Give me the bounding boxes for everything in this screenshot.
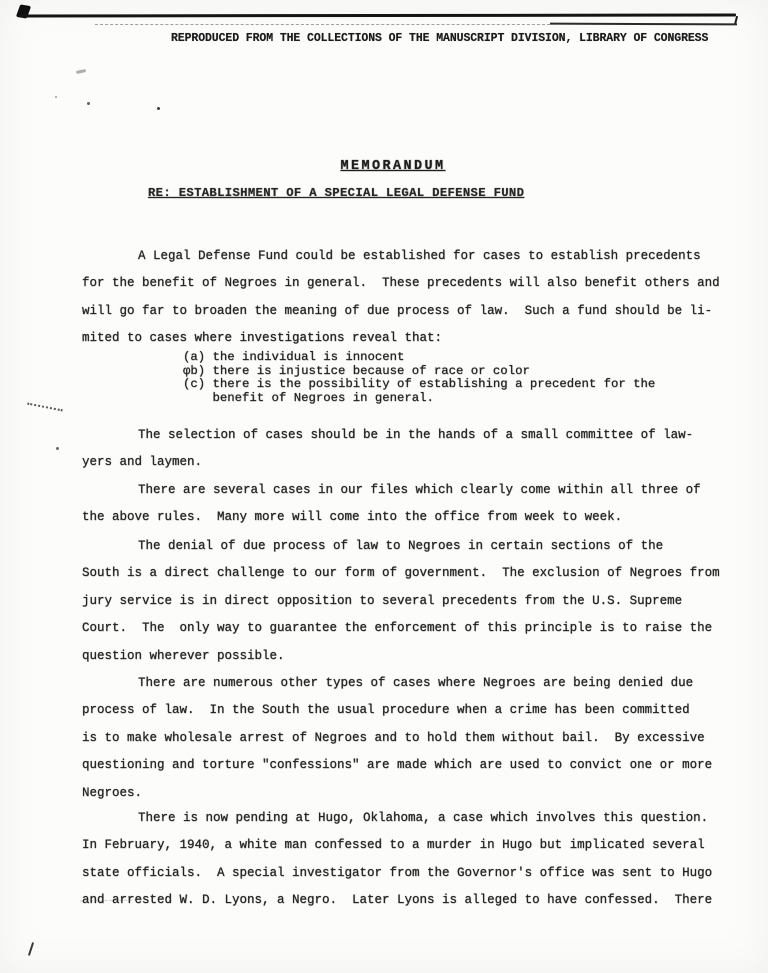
scan-speck bbox=[56, 447, 59, 450]
paragraph: The denial of due process of law to Negr… bbox=[82, 533, 720, 670]
list-item: (a) the individual is innocent bbox=[183, 351, 655, 365]
text-line: for the benefit of Negroes in general. T… bbox=[82, 270, 720, 297]
text-line: In February, 1940, a white man confessed… bbox=[82, 832, 712, 859]
memo-title: MEMORANDUM bbox=[0, 159, 768, 174]
top-rule-line bbox=[20, 14, 736, 18]
text-line: There is now pending at Hugo, Oklahoma, … bbox=[82, 805, 712, 832]
list-item-continuation: benefit of Negroes in general. bbox=[183, 392, 655, 406]
list-item: (c) there is the possibility of establis… bbox=[183, 378, 655, 392]
criteria-list: (a) the individual is innocent φb) there… bbox=[183, 351, 655, 406]
pen-scribble-artifact bbox=[27, 403, 63, 412]
paragraph: There are numerous other types of cases … bbox=[82, 670, 712, 807]
text-line: the above rules. Many more will come int… bbox=[82, 504, 701, 531]
scan-speck bbox=[157, 107, 160, 110]
text-line: A Legal Defense Fund could be establishe… bbox=[82, 243, 720, 270]
memo-subject-line: RE: ESTABLISHMENT OF A SPECIAL LEGAL DEF… bbox=[148, 186, 524, 200]
text-line: jury service is in direct opposition to … bbox=[82, 588, 720, 615]
top-rule-secondary-line bbox=[550, 23, 737, 26]
document-page: REPRODUCED FROM THE COLLECTIONS OF THE M… bbox=[0, 0, 768, 973]
scan-speck bbox=[76, 69, 86, 74]
paragraph: There is now pending at Hugo, Oklahoma, … bbox=[82, 805, 712, 915]
text-line: The selection of cases should be in the … bbox=[82, 422, 693, 449]
scan-speck bbox=[87, 102, 90, 105]
text-line: mited to cases where investigations reve… bbox=[82, 325, 720, 352]
text-line: yers and laymen. bbox=[82, 449, 693, 476]
text-line: question wherever possible. bbox=[82, 643, 720, 670]
text-line: will go far to broaden the meaning of du… bbox=[82, 298, 720, 325]
pen-mark-artifact bbox=[28, 942, 34, 956]
text-line: is to make wholesale arrest of Negroes a… bbox=[82, 725, 712, 752]
text-line: questioning and torture "confessions" ar… bbox=[82, 752, 712, 779]
text-line: Negroes. bbox=[82, 780, 712, 807]
text-line: The denial of due process of law to Negr… bbox=[82, 533, 720, 560]
paragraph: The selection of cases should be in the … bbox=[82, 422, 693, 477]
archive-stamp: REPRODUCED FROM THE COLLECTIONS OF THE M… bbox=[171, 32, 708, 45]
text-line: There are numerous other types of cases … bbox=[82, 670, 712, 697]
text-line: There are several cases in our files whi… bbox=[82, 477, 701, 504]
text-line: South is a direct challenge to our form … bbox=[82, 560, 720, 587]
top-rule-dashed-line bbox=[95, 24, 550, 25]
text-line: process of law. In the South the usual p… bbox=[82, 697, 712, 724]
text-line: Court. The only way to guarantee the enf… bbox=[82, 615, 720, 642]
paragraph: There are several cases in our files whi… bbox=[82, 477, 701, 532]
paragraph: A Legal Defense Fund could be establishe… bbox=[82, 243, 720, 353]
text-line: and arrested W. D. Lyons, a Negro. Later… bbox=[82, 887, 712, 914]
scan-speck bbox=[55, 96, 57, 98]
text-line: state officials. A special investigator … bbox=[82, 860, 712, 887]
